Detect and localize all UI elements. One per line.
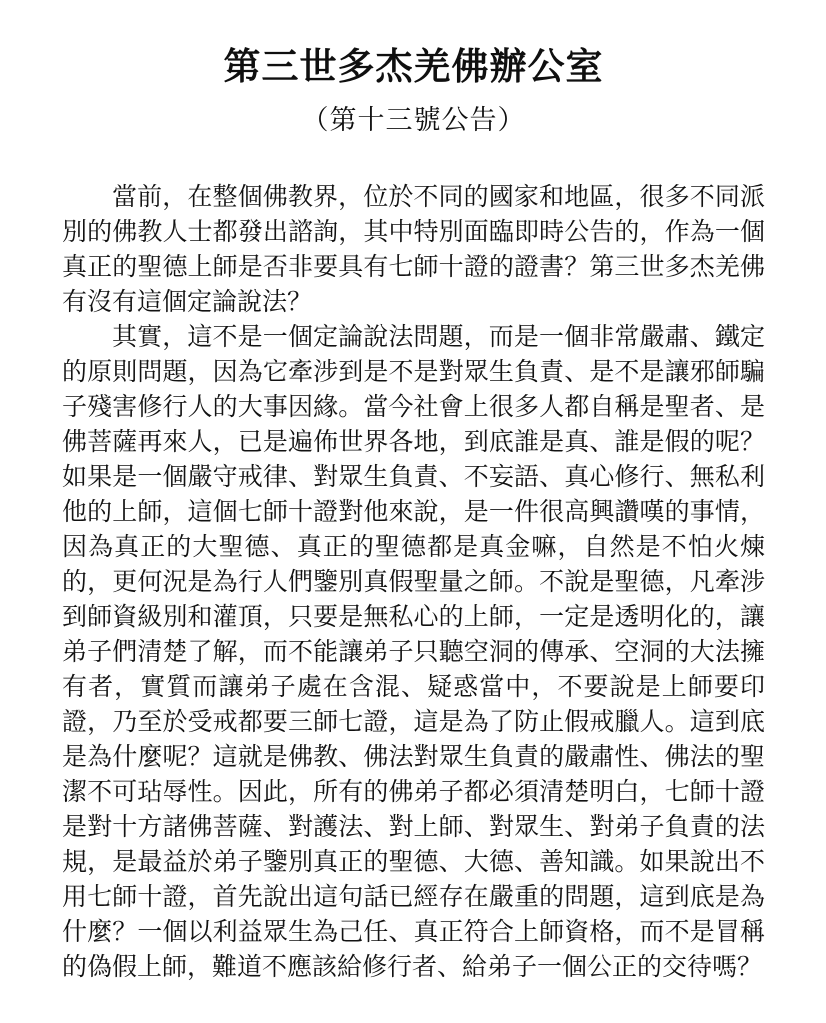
page-title: 第三世多杰羌佛辦公室 <box>62 44 765 92</box>
body-paragraph-1: 當前，在整個佛教界，位於不同的國家和地區，很多不同派別的佛教人士都發出諮詢，其中… <box>62 180 765 320</box>
document-page: 第三世多杰羌佛辦公室 （第十三號公告） 當前，在整個佛教界，位於不同的國家和地區… <box>0 0 826 1023</box>
page-subtitle: （第十三號公告） <box>62 102 765 138</box>
body-paragraph-2: 其實，這不是一個定論說法問題，而是一個非常嚴肅、鐵定的原則問題，因為它牽涉到是不… <box>62 320 765 985</box>
document-body: 當前，在整個佛教界，位於不同的國家和地區，很多不同派別的佛教人士都發出諮詢，其中… <box>62 180 765 985</box>
